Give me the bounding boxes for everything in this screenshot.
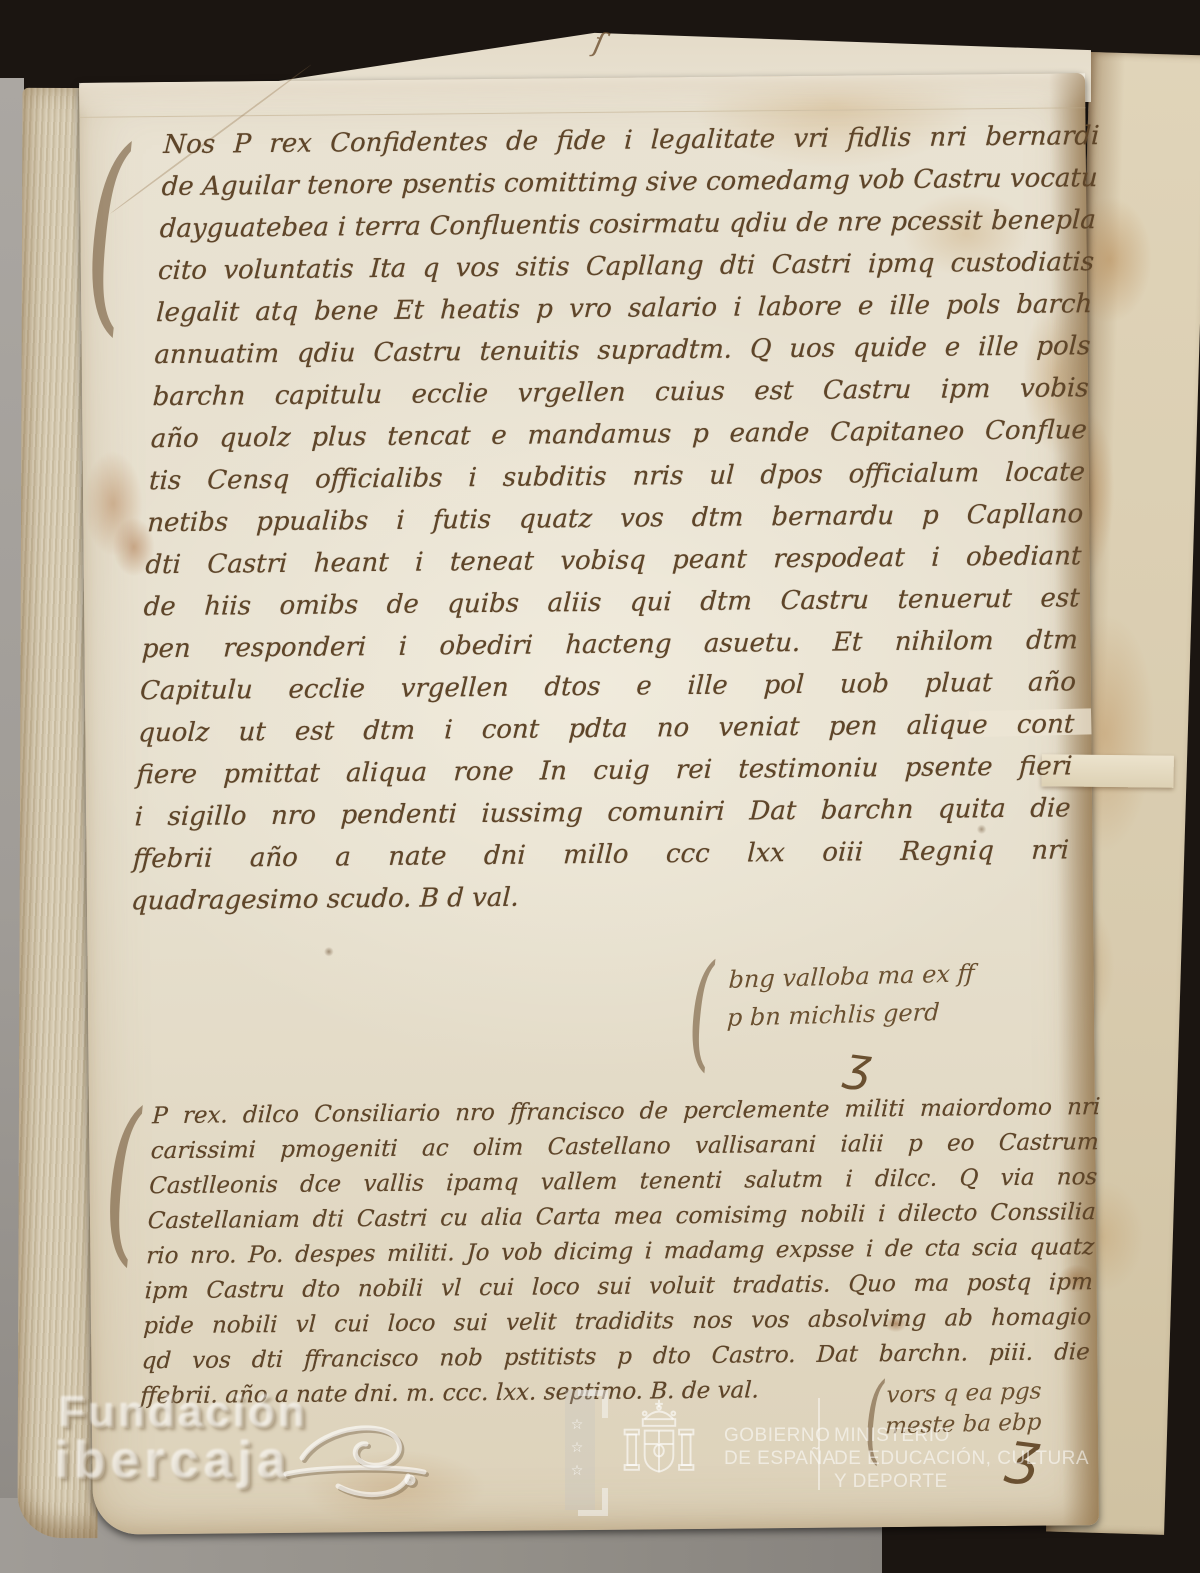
signature1-bracket-mark: ( [687, 949, 715, 1074]
eu-star-icon: ☆ [568, 1460, 586, 1483]
ibercaja-watermark-line2: ibercaja [56, 1436, 293, 1488]
eu-star-icon: ☆ [568, 1437, 586, 1460]
manuscript-paragraph-2: P rex. dilco Consiliario nro ffrancisco … [140, 1090, 1101, 1414]
notarial-flourish-1: ʒ [842, 1036, 875, 1093]
eu-flag-bracket-bottom [578, 1488, 608, 1516]
signature-line: vors q ea pgs [886, 1376, 1044, 1411]
paragraph2-bracket-mark: ( [103, 1090, 143, 1268]
eu-star-icon: ☆ [568, 1414, 586, 1437]
watermark-divider [818, 1398, 820, 1490]
paragraph1-bracket-mark: ( [83, 122, 131, 337]
ministerio-line2: DE EDUCACIÓN, CULTURA [834, 1447, 1089, 1470]
manuscript-line: ffebrii año a nate dni millo ccc lxx oii… [132, 829, 1070, 880]
ibercaja-watermark-line1: Fundación [60, 1392, 309, 1436]
photographed-manuscript-page: { "manuscript": { "paragraph1_lines": [ … [0, 0, 1200, 1573]
spain-coat-of-arms-icon [616, 1396, 702, 1492]
eu-flag-stars: ☆☆☆ [568, 1414, 586, 1483]
ministerio-line3: Y DEPORTE [834, 1470, 1089, 1493]
ibercaja-logo-icon [280, 1414, 432, 1506]
handwritten-text-layer: ( Nos P rex Confidentes de fide i legali… [79, 73, 1099, 1535]
ministerio-line1: MINISTERIO [834, 1424, 1089, 1447]
manuscript-line: quadragesimo scudo. B d val. [130, 871, 1068, 922]
chancery-signature-1: bng valloba ma ex ffp bn michlis gerd [726, 954, 975, 1037]
signature-line: p bn michlis gerd [726, 992, 974, 1037]
ministerio-watermark: MINISTERIO DE EDUCACIÓN, CULTURA Y DEPOR… [834, 1424, 1089, 1493]
manuscript-paragraph-1: Nos P rex Confidentes de fide i legalita… [130, 115, 1100, 922]
